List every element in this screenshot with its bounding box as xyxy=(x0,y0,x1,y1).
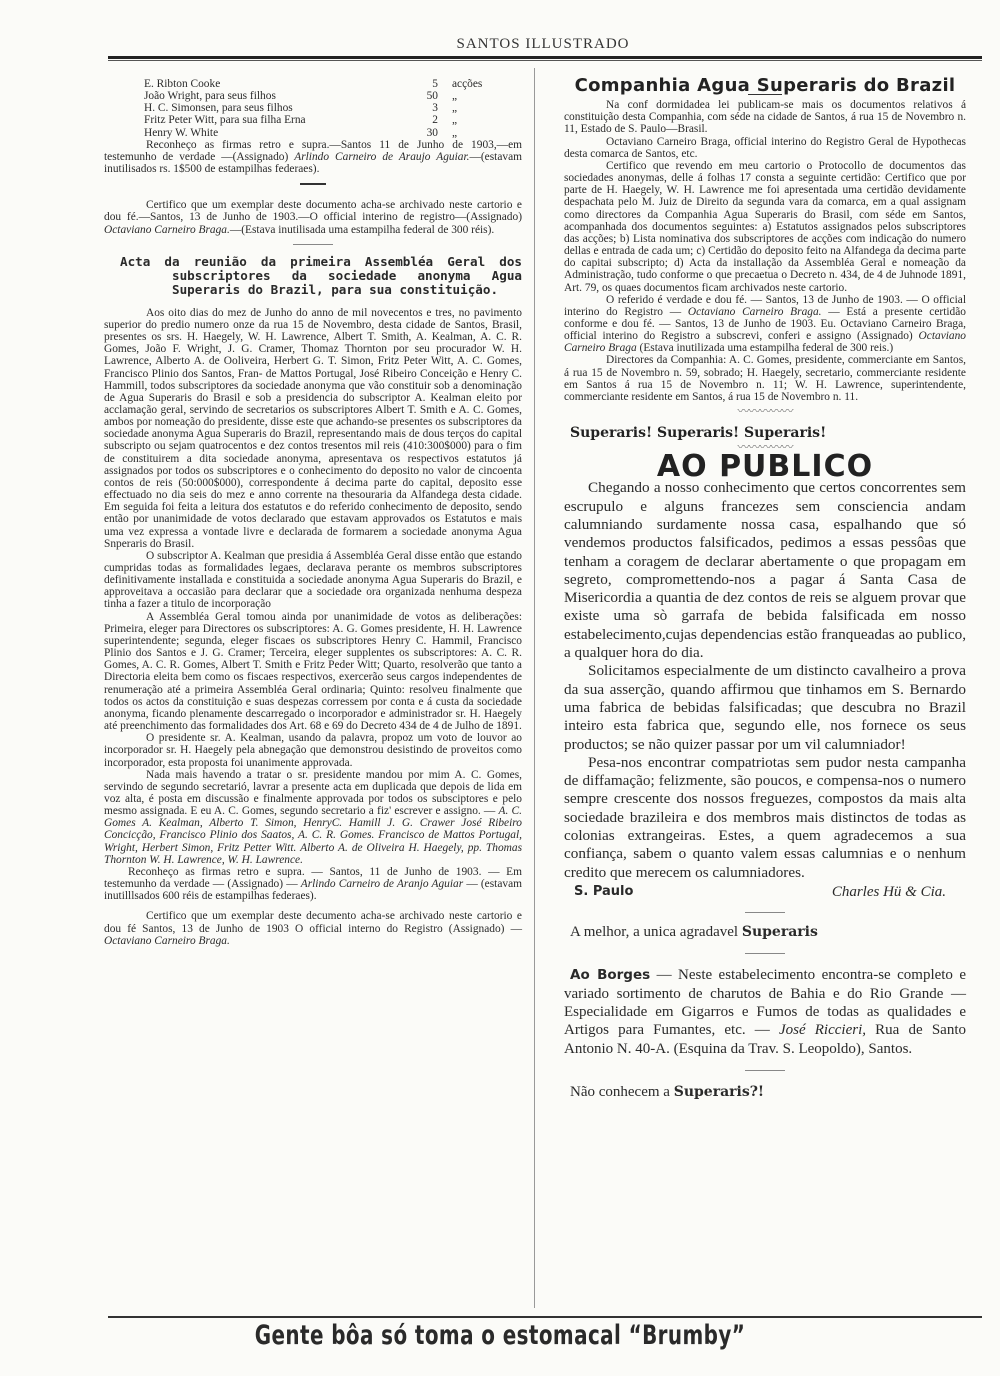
certificate-paragraph-1: Certifico que um exemplar deste document… xyxy=(104,199,522,235)
paragraph: Solicitamos especialmente de um distinct… xyxy=(564,662,966,753)
subscriber-name: H. C. Simonsen, para seus filhos xyxy=(144,102,414,114)
signer-name: Arlindo Carneiro de Aranjo Aguiar xyxy=(301,878,463,890)
brand-name: Superaris?! xyxy=(674,1084,764,1100)
subscriber-qty: 30 xyxy=(414,127,438,139)
subscriber-unit: „ xyxy=(438,127,482,139)
ad-firm: Charles Hü & Cia. xyxy=(832,886,946,898)
ad-city: S. Paulo xyxy=(574,886,633,898)
subscriber-qty: 50 xyxy=(414,90,438,102)
section-divider xyxy=(745,912,785,913)
paragraph: Pesa-nos encontrar compatriotas sem pudo… xyxy=(564,754,966,882)
section-divider xyxy=(745,1070,785,1071)
subscriber-name: Henry W. White xyxy=(144,127,414,139)
paragraph: Octaviano Carneiro Braga, official inter… xyxy=(564,136,966,160)
section-divider xyxy=(300,183,326,185)
right-column: Companhia Agua Superaris do Brazil Na co… xyxy=(564,78,966,1101)
paragraph: A Assembléa Geral tomou ainda por unanim… xyxy=(104,611,522,733)
subscriber-name: E. Ribton Cooke xyxy=(144,78,414,90)
superaris-slogan-2: Não conhecem a Superaris?! xyxy=(564,1083,966,1101)
company-notice-body: Na conf dormidadea lei publicam-se mais … xyxy=(564,99,966,294)
ao-publico-heading: AO PUBLICO xyxy=(564,461,966,473)
borges-lead: Ao Borges xyxy=(570,967,650,983)
subscriber-row: E. Ribton Cooke5acções xyxy=(144,78,482,90)
superaris-banner: Superaris! Superaris! Superaris! xyxy=(570,427,966,439)
left-column: E. Ribton Cooke5acçõesJoão Wright, para … xyxy=(104,78,522,947)
subscriber-unit: acções xyxy=(438,78,482,90)
certified-paragraph: O referido é verdade e dou fé. — Santos,… xyxy=(564,294,966,355)
footer-rule xyxy=(108,1316,982,1318)
header-rule xyxy=(108,56,982,61)
column-divider xyxy=(534,68,535,1308)
section-divider xyxy=(745,953,785,954)
recognition-paragraph-1: Reconheço as firmas retro e supra.—Santo… xyxy=(104,139,522,175)
directors-paragraph: Directores da Companhia: A. C. Gomes, pr… xyxy=(564,354,966,403)
subscriber-unit: „ xyxy=(438,114,482,126)
ad-signature-row: S. Paulo Charles Hü & Cia. xyxy=(564,886,966,898)
signer-name: Arlindo Carneiro de Araujo Aguiar. xyxy=(294,151,469,163)
superaris-slogan-1: A melhor, a unica agradavel Superaris xyxy=(564,923,966,941)
subscriber-qty: 2 xyxy=(414,114,438,126)
paragraph: Certifico que revendo em meu cartorio o … xyxy=(564,160,966,294)
signer-name: Octaviano Carneiro Braga. xyxy=(104,935,230,947)
paragraph: Chegando a nosso conhecimento que certos… xyxy=(564,479,966,662)
company-heading: Companhia Agua Superaris do Brazil xyxy=(564,80,966,92)
page-header-title: SANTOS ILLUSTRADO xyxy=(108,36,978,53)
subscriber-unit: „ xyxy=(438,90,482,102)
ao-publico-body: Chegando a nosso conhecimento que certos… xyxy=(564,479,966,882)
subscriber-qty: 5 xyxy=(414,78,438,90)
subscriber-row: João Wright, para seus filhos50„ xyxy=(144,90,482,102)
section-divider xyxy=(293,244,333,245)
signer-name: Octaviano Carneiro Braga. xyxy=(104,224,230,236)
paragraph: Aos oito dias do mez de Junho do anno de… xyxy=(104,307,522,550)
recognition-paragraph-2: Reconheço as firmas retro e supra. — San… xyxy=(104,866,522,902)
subscriber-qty: 3 xyxy=(414,102,438,114)
acta-body: Aos oito dias do mez de Junho do anno de… xyxy=(104,307,522,769)
owner-name: José Riccieri, xyxy=(779,1022,866,1038)
paragraph: O subscriptor A. Kealman que presidia á … xyxy=(104,550,522,611)
acta-heading: Acta da reunião da primeira Assembléa Ge… xyxy=(120,255,522,297)
subscriber-row: Fritz Peter Witt, para sua filha Erna2„ xyxy=(144,114,482,126)
subscriber-name: Fritz Peter Witt, para sua filha Erna xyxy=(144,114,414,126)
wavy-divider-icon: 〰〰〰〰〰 xyxy=(564,405,966,417)
subscriber-row: Henry W. White30„ xyxy=(144,127,482,139)
subscriber-list: E. Ribton Cooke5acçõesJoão Wright, para … xyxy=(144,78,482,139)
paragraph: O presidente sr. A. Kealman, usando da p… xyxy=(104,732,522,768)
certificate-paragraph-2: Certifico que um exemplar deste decument… xyxy=(104,910,522,946)
subscriber-unit: „ xyxy=(438,102,482,114)
brand-name: Superaris xyxy=(742,924,818,940)
borges-ad: Ao Borges — Neste estabelecimento encont… xyxy=(564,966,966,1057)
subscriber-name: João Wright, para seus filhos xyxy=(144,90,414,102)
acta-closing-paragraph: Nada mais havendo a tratar o sr. preside… xyxy=(104,769,522,866)
paragraph: Na conf dormidadea lei publicam-se mais … xyxy=(564,99,966,135)
signer-name: Octaviano Carneiro Braga. xyxy=(688,306,822,318)
subscriber-row: H. C. Simonsen, para seus filhos3„ xyxy=(144,102,482,114)
footer-slogan: Gente bôa só toma o estomacal “Brumby” xyxy=(90,1320,910,1351)
